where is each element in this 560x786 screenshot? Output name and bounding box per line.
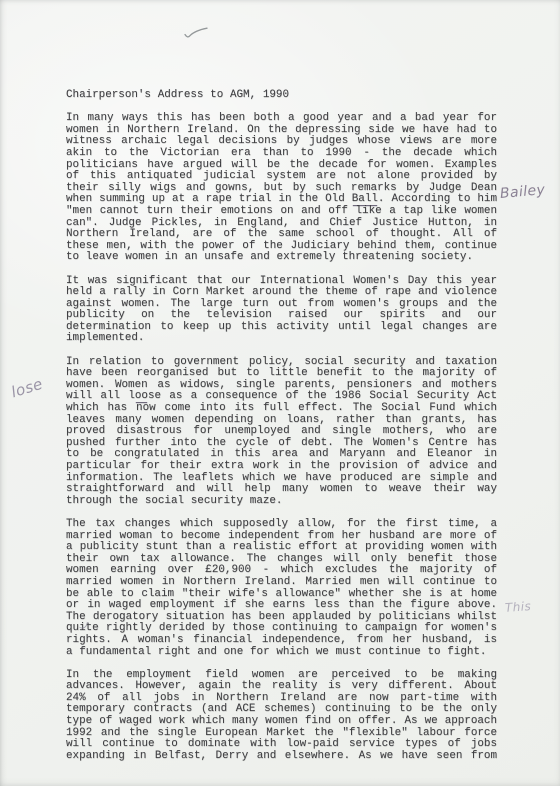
correction-underline: oo	[135, 390, 148, 402]
document-line: Northern Ireland, are of the same school…	[66, 229, 497, 241]
document-line: akin to the Victorian era than to 1990 -…	[66, 148, 497, 160]
document-line: a fundamental right and one for which we…	[66, 647, 497, 659]
checkmark-icon-shape	[183, 26, 209, 41]
document-line: through the social security maze.	[66, 496, 497, 508]
document-line: "men cannot turn their emotions on and o…	[66, 206, 497, 218]
document-line: held a rally in Corn Market around the t…	[66, 287, 497, 299]
document-line: type of waged work which many women find…	[66, 716, 497, 728]
paragraph: In relation to government policy, social…	[66, 357, 497, 508]
document-line: a publicity stunt than a realistic effor…	[66, 542, 497, 554]
paragraph: The tax changes which supposedly allow, …	[66, 519, 497, 658]
scanned-document-page: Chairperson's Address to AGM, 1990 In ma…	[0, 0, 560, 786]
document-line: The tax changes which supposedly allow, …	[66, 519, 497, 531]
document-title: Chairperson's Address to AGM, 1990	[66, 90, 497, 102]
document-body: In many ways this has been both a good y…	[66, 113, 497, 762]
document-line: married women in Northern Ireland. Marri…	[66, 577, 497, 589]
document-line: to leave women in an unsafe and extremel…	[66, 252, 497, 264]
paragraph: It was significant that our Internationa…	[66, 276, 497, 346]
margin-note-lose: lose	[9, 375, 45, 402]
line-segment: will all l	[66, 390, 135, 402]
document-text: Chairperson's Address to AGM, 1990 In ma…	[66, 90, 497, 762]
document-line: which has now come into its full effect.…	[66, 403, 497, 415]
line-segment: se as a consequence of the 1986 Social S…	[148, 390, 497, 402]
document-line: implemented.	[66, 333, 497, 345]
document-line: of this antiquated judicial system are n…	[66, 171, 497, 183]
line-segment: when summing up at a rape trial in the O…	[66, 193, 352, 205]
margin-note-this: This	[505, 599, 532, 615]
document-line: particular for their extra work in the p…	[66, 461, 497, 473]
paragraph: In many ways this has been both a good y…	[66, 113, 497, 264]
checkmark-icon	[183, 26, 209, 46]
correction-underline: Ball	[352, 193, 378, 205]
document-line: rights. A woman's financial independence…	[66, 635, 497, 647]
document-line: or in waged employment if she earns less…	[66, 600, 497, 612]
document-line: expanding in Belfast, Derry and elsewher…	[66, 751, 497, 763]
line-segment: . According to him	[378, 193, 497, 205]
margin-note-bailey: Bailey	[499, 182, 545, 202]
paragraph: In the employment field women are percei…	[66, 670, 497, 763]
